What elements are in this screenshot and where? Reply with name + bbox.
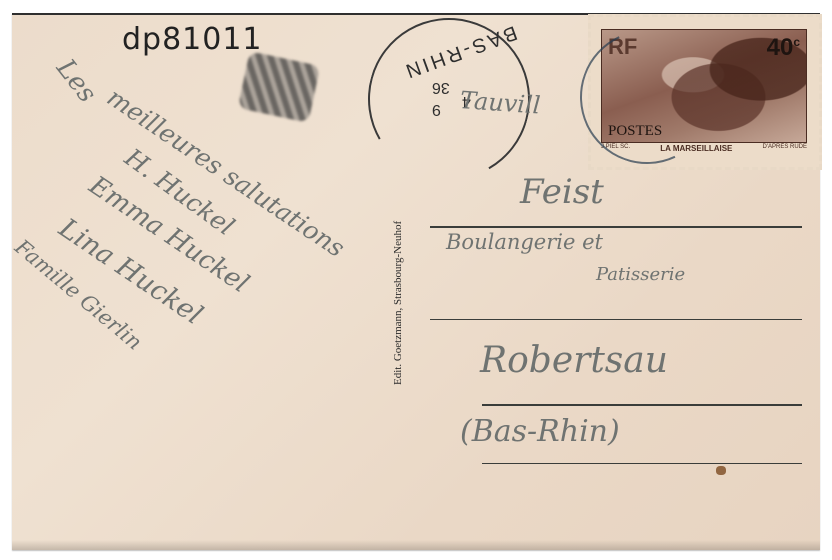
publisher-imprint: Edit. Goetzmann, Strasbourg-Neuhof <box>392 221 404 385</box>
reference-id: dp81011 <box>122 22 263 57</box>
stamp-value: 40c <box>767 34 800 62</box>
address-rule-3 <box>482 404 802 406</box>
postmark-year: 36 <box>432 78 450 96</box>
address-line-1: Feist <box>520 172 604 212</box>
address-line-4: Robertsau <box>480 340 668 381</box>
stamp-artist: D'APRÈS RUDE <box>763 144 808 153</box>
address-line-3: Patisserie <box>596 264 685 285</box>
address-line-2: Boulangerie et <box>446 230 603 254</box>
address-rule-2 <box>430 319 802 320</box>
address-line-5: (Bas-Rhin) <box>460 414 620 449</box>
stamp-value-number: 40 <box>767 34 794 61</box>
address-rule-4 <box>482 463 802 464</box>
paper-stain <box>716 466 726 475</box>
handwritten-extra: Tauvill <box>459 86 541 120</box>
postmark-month: 9 <box>432 100 441 118</box>
stamp-value-unit: c <box>793 35 800 49</box>
address-rule-1 <box>430 226 802 228</box>
